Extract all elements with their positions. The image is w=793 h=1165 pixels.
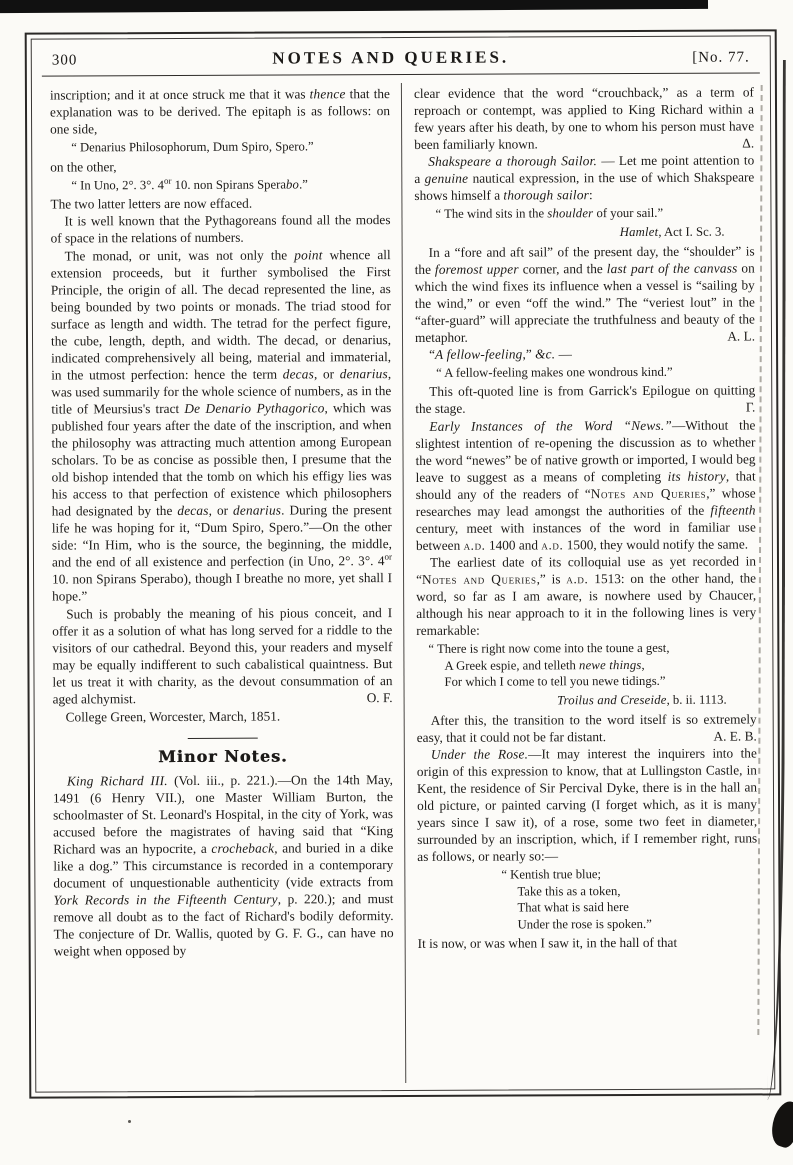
signature: A. L. xyxy=(719,327,755,344)
paragraph: It is well known that the Pythagoreans f… xyxy=(50,211,390,247)
quotation-line: For which I come to tell you newe tiding… xyxy=(444,673,756,691)
quotation-line: “ The wind sits in the shoulder of your … xyxy=(435,205,754,223)
paragraph: King Richard III. (Vol. iii., p. 221.).—… xyxy=(53,771,394,960)
paragraph: Early Instances of the Word “News.”—With… xyxy=(415,416,756,554)
journal-title: NOTES AND QUERIES. xyxy=(272,48,509,69)
scanned-periodical-page: { "page": { "header": { "page_number": "… xyxy=(0,0,793,1165)
quotation-line: “ In Uno, 2°. 3°. 4or 10. non Spirans Sp… xyxy=(71,176,390,194)
page-frame: 300 NOTES AND QUERIES. [No. 77. inscript… xyxy=(25,29,782,1098)
ink-dot xyxy=(128,1120,131,1123)
paragraph: In a “fore and aft sail” of the present … xyxy=(415,242,755,346)
quotation-line: That what is said here xyxy=(517,899,757,917)
quotation-line: “ A fellow-feeling makes one wondrous ki… xyxy=(436,363,755,381)
issue-number: [No. 77. xyxy=(692,49,750,66)
left-column: inscription; and it at once struck me th… xyxy=(40,83,406,1085)
signature: A. E. B. xyxy=(705,727,756,744)
page-number: 300 xyxy=(52,52,78,69)
paragraph: This oft-quoted line is from Garrick's E… xyxy=(415,382,755,418)
dateline: College Green, Worcester, March, 1851. xyxy=(53,707,393,726)
quotation-line: Under the rose is spoken.” xyxy=(518,915,758,933)
quotation: “ A fellow-feeling makes one wondrous ki… xyxy=(415,363,755,381)
paragraph: After this, the transition to the word i… xyxy=(417,710,757,746)
quotation: “ In Uno, 2°. 3°. 4or 10. non Spirans Sp… xyxy=(50,176,390,194)
text-columns: inscription; and it at once struck me th… xyxy=(40,77,766,1084)
quotation-attribution: Hamlet, Act I. Sc. 3. xyxy=(415,223,755,241)
paragraph: It is now, or was when I saw it, in the … xyxy=(418,934,758,953)
quotation-line: “ There is right now come into the toune… xyxy=(428,640,756,658)
quotation: “ The wind sits in the shoulder of your … xyxy=(414,205,754,223)
paragraph: Under the Rose.—It may interest the inqu… xyxy=(417,744,758,865)
signature: O. F. xyxy=(359,689,393,706)
quotation-line: “ Denarius Philosophorum, Dum Spiro, Spe… xyxy=(71,138,390,156)
right-column: clear evidence that the word “crouchback… xyxy=(402,81,766,1083)
paragraph: The two latter letters are now effaced. xyxy=(50,194,390,213)
page-frame-inner: 300 NOTES AND QUERIES. [No. 77. inscript… xyxy=(31,35,776,1092)
signature: Γ. xyxy=(738,399,755,416)
ink-smudge xyxy=(767,1098,793,1150)
paragraph: The monad, or unit, was not only the poi… xyxy=(51,246,393,605)
paragraph: “A fellow-feeling,” &c. — xyxy=(415,344,755,363)
quotation: “ There is right now come into the toune… xyxy=(416,640,756,691)
separator-rule xyxy=(188,737,258,738)
quotation-line: “ Kentish true blue; xyxy=(501,865,757,883)
paragraph: on the other, xyxy=(50,157,390,176)
quotation: “ Kentish true blue;Take this as a token… xyxy=(417,865,757,933)
quotation-line: A Greek espie, and telleth newe things, xyxy=(444,656,756,674)
paragraph: inscription; and it at once struck me th… xyxy=(50,85,390,138)
signature: Δ. xyxy=(734,135,754,152)
masthead: 300 NOTES AND QUERIES. [No. 77. xyxy=(40,36,762,75)
quotation: “ Denarius Philosophorum, Dum Spiro, Spe… xyxy=(50,138,390,156)
section-heading: Minor Notes. xyxy=(53,747,393,766)
paragraph: Shakspeare a thorough Sailor. — Let me p… xyxy=(414,152,754,205)
quotation-line: Take this as a token, xyxy=(517,882,757,900)
paragraph: Such is probably the meaning of his piou… xyxy=(52,604,392,708)
scan-edge-artifact xyxy=(0,0,708,13)
paragraph: clear evidence that the word “crouchback… xyxy=(414,83,754,153)
paragraph: The earliest date of its colloquial use … xyxy=(416,552,756,639)
scan-page-curl-line xyxy=(767,60,786,1100)
quotation-attribution: Troilus and Creseide, b. ii. 1113. xyxy=(417,691,757,709)
